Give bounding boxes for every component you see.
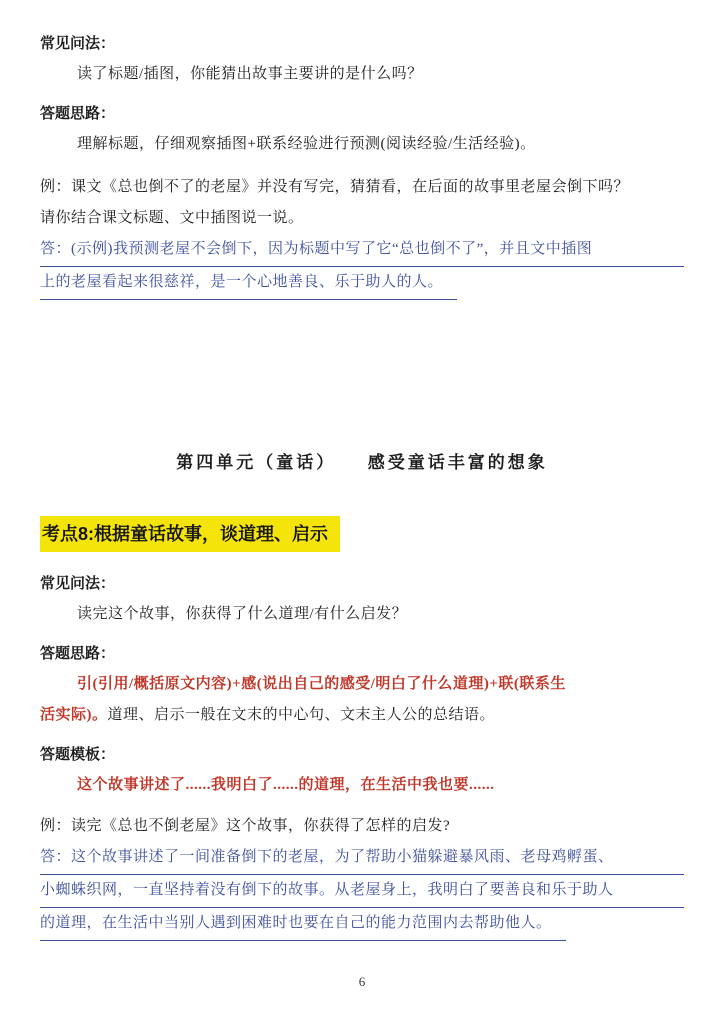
section2-answer-line-3: 的道理，在生活中当别人遇到困难时也要在自己的能力范围内去帮助他人。 xyxy=(40,908,566,941)
section2-question-method-label: 常见问法： xyxy=(40,568,684,599)
section2-approach-black-part: 道理、启示一般在文末的中心句、文末主人公的总结语。 xyxy=(108,707,496,723)
section1-answer-line-1: 答：(示例)我预测老屋不会倒下，因为标题中写了它“总也倒不了”，并且文中插图 xyxy=(40,234,684,267)
section2-answer-line-1: 答：这个故事讲述了一间准备倒下的老屋，为了帮助小猫躲避暴风雨、老母鸡孵蛋、 xyxy=(40,842,684,875)
section2-answer-line-2: 小蜘蛛织网，一直坚持着没有倒下的故事。从老屋身上，我明白了要善良和乐于助人 xyxy=(40,875,684,908)
section2-approach-red-line-1: 引(引用/概括原文内容)+感(说出自己的感受/明白了什么道理)+联(联系生 xyxy=(40,669,684,700)
section2-approach-line-2: 活实际)。道理、启示一般在文末的中心句、文末主人公的总结语。 xyxy=(40,700,684,731)
blank-gap xyxy=(40,300,684,448)
section2-template-text: 这个故事讲述了......我明白了......的道理，在生活中我也要...... xyxy=(40,770,684,801)
section1-answer-line-2: 上的老屋看起来很慈祥，是一个心地善良、乐于助人的人。 xyxy=(40,267,457,300)
section1-question-method-label: 常见问法： xyxy=(40,28,684,59)
exam-point-title: 考点8:根据童话故事，谈道理、启示 xyxy=(40,516,340,552)
section1-example-line-1: 例：课文《总也倒不了的老屋》并没有写完，猜猜看，在后面的故事里老屋会倒下吗？ xyxy=(40,172,684,203)
page-number: 6 xyxy=(0,974,724,990)
section2-approach-label: 答题思路： xyxy=(40,638,684,669)
section1-answer-line-2-row: 上的老屋看起来很慈祥，是一个心地善良、乐于助人的人。 xyxy=(40,267,684,300)
section2-answer-line-3-row: 的道理，在生活中当别人遇到困难时也要在自己的能力范围内去帮助他人。 xyxy=(40,908,684,941)
section1-question-text: 读了标题/插图，你能猜出故事主要讲的是什么吗？ xyxy=(40,59,684,90)
section2-question-text: 读完这个故事，你获得了什么道理/有什么启发？ xyxy=(40,599,684,630)
document-page: 常见问法： 读了标题/插图，你能猜出故事主要讲的是什么吗？ 答题思路： 理解标题… xyxy=(0,0,724,1024)
section2-template-label: 答题模板： xyxy=(40,739,684,770)
exam-point-row: 考点8:根据童话故事，谈道理、启示 xyxy=(40,516,684,552)
section1-approach-text: 理解标题，仔细观察插图+联系经验进行预测(阅读经验/生活经验)。 xyxy=(40,129,684,160)
section1-example-line-2: 请你结合课文标题、文中插图说一说。 xyxy=(40,203,684,234)
section1-approach-label: 答题思路： xyxy=(40,98,684,129)
unit-heading: 第四单元（童话） 感受童话丰富的想象 xyxy=(40,448,684,478)
section2-example-text: 例：读完《总也不倒老屋》这个故事，你获得了怎样的启发? xyxy=(40,811,684,842)
section2-approach-red-continuation: 活实际)。 xyxy=(40,707,108,723)
